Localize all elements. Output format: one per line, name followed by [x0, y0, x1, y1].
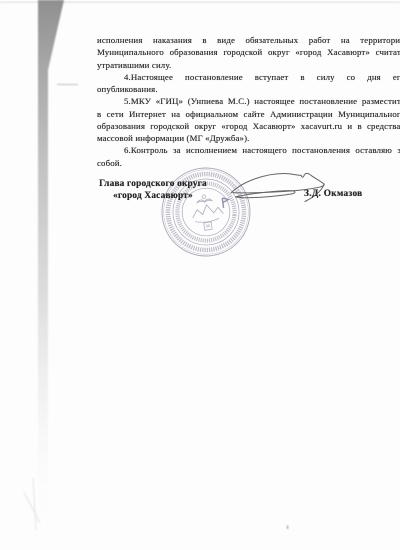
body-line: образования городской округ «город Хасав… [97, 120, 400, 132]
body-line: исполнения наказания в виде обязательных… [97, 34, 400, 46]
scan-smudge [57, 84, 78, 86]
body-line: 4.Настоящее постановление вступает в сил… [97, 71, 400, 83]
body-line: утратившими силу. [97, 59, 400, 71]
stamp-flag-mark [222, 197, 229, 208]
scan-scratch [24, 478, 40, 530]
body-line: в сети Интернет на официальном сайте Адм… [97, 108, 400, 120]
stamp-inner-text-ring [175, 181, 238, 244]
body-line: 5.МКУ «ГИЦ» (Унпиева М.С.) настоящее пос… [97, 95, 400, 107]
stamp-emblem [190, 193, 226, 232]
body-line: собой. [97, 157, 400, 169]
body-line: массовой информации (МГ «Дружба»). [97, 132, 400, 144]
document-body: исполнения наказания в виде обязательных… [97, 34, 400, 169]
scan-speck [287, 526, 289, 530]
body-line: Муниципального образования городской окр… [97, 46, 400, 58]
round-seal-stamp [152, 158, 260, 266]
signer-name: З.Д. Окмазов [304, 189, 363, 199]
body-line: 6.Контроль за исполнением настоящего пос… [97, 144, 400, 156]
scan-top-edge [0, 2, 400, 3]
body-line: опубликования. [97, 83, 400, 95]
scanned-document-page: исполнения наказания в виде обязательных… [0, 0, 400, 550]
scan-shadow-band [38, 0, 64, 545]
